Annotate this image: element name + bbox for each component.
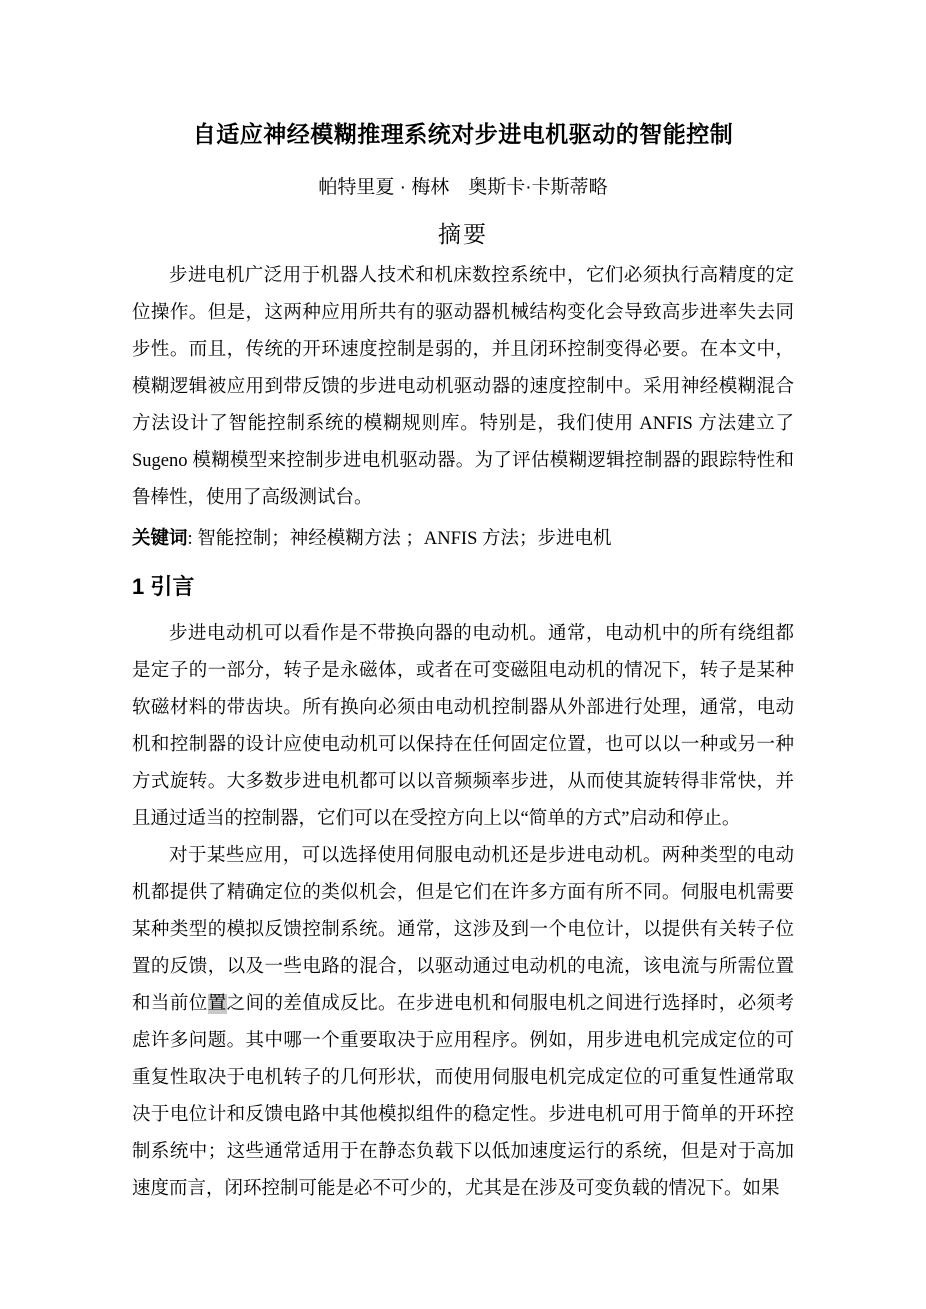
intro-paragraph-2-text-after: 之间的差值成反比。在步进电机和伺服电机之间进行选择时，必须考虑许多问题。其中哪一…: [132, 994, 794, 1199]
abstract-heading: 摘要: [132, 219, 794, 249]
keywords-colon: :: [188, 529, 198, 549]
intro-paragraph-2: 对于某些应用，可以选择使用伺服电动机还是步进电动机。两种类型的电动机都提供了精确…: [132, 838, 794, 1208]
intro-paragraph-2-text-before: 对于某些应用，可以选择使用伺服电动机还是步进电动机。两种类型的电动机都提供了精确…: [132, 846, 794, 1014]
paper-authors: 帕特里夏 · 梅林 奥斯卡·卡斯蒂略: [132, 175, 794, 201]
highlighted-character: 置: [208, 994, 227, 1014]
keywords-text: 智能控制；神经模糊方法 ；ANFIS 方法；步进电机: [197, 529, 611, 549]
keywords-label: 关键词: [132, 527, 188, 548]
keywords-line: 关键词: 智能控制；神经模糊方法 ；ANFIS 方法；步进电机: [132, 519, 794, 558]
paper-title: 自适应神经模糊推理系统对步进电机驱动的智能控制: [132, 119, 794, 149]
intro-paragraph-1: 步进电动机可以看作是不带换向器的电动机。通常，电动机中的所有绕组都是定子的一部分…: [132, 616, 794, 838]
document-page: 自适应神经模糊推理系统对步进电机驱动的智能控制 帕特里夏 · 梅林 奥斯卡·卡斯…: [0, 0, 926, 1309]
abstract-paragraph: 步进电机广泛用于机器人技术和机床数控系统中，它们必须执行高精度的定位操作。但是，…: [132, 258, 794, 517]
section-1-heading: 1 引言: [132, 571, 794, 603]
